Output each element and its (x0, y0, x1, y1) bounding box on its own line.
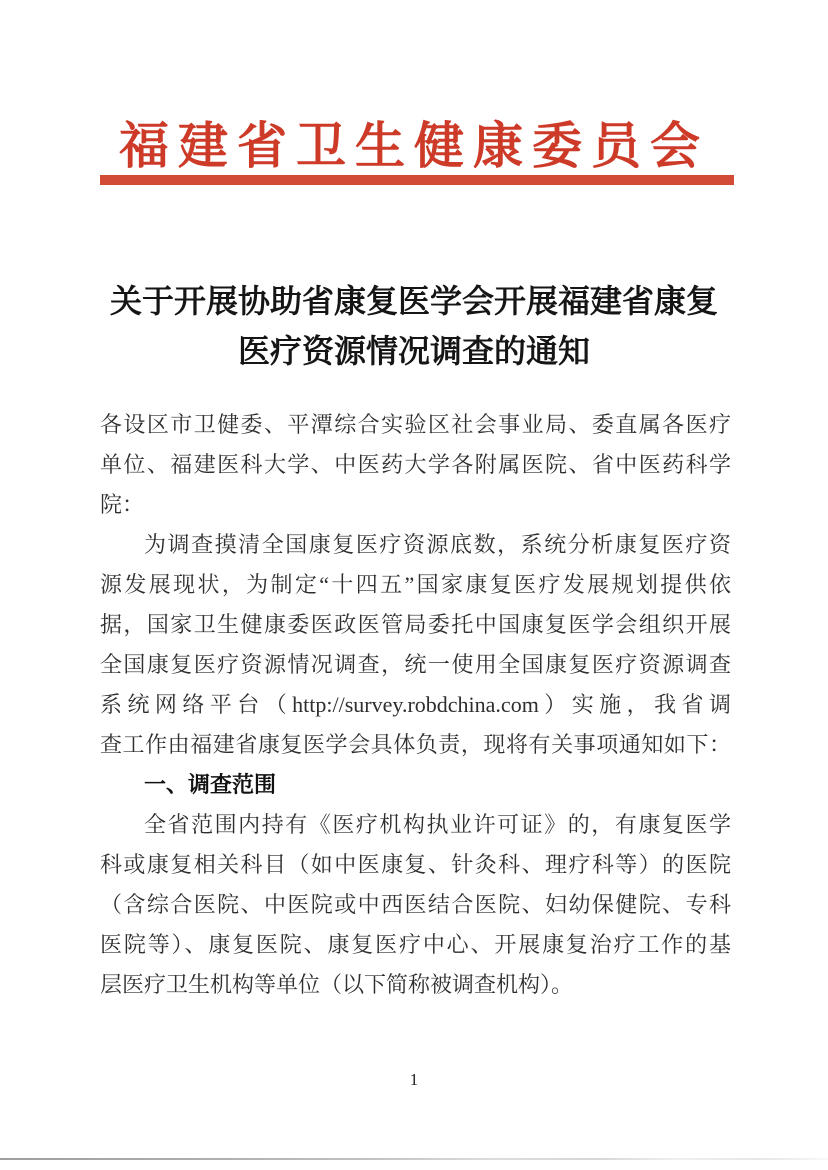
body-line: 院： (100, 485, 731, 525)
body-line: 全省范围内持有《医疗机构执业许可证》的，有康复医学 (100, 805, 731, 845)
page-number: 1 (0, 1070, 828, 1090)
scanned-document-page: 福建省卫生健康委员会 关于开展协助省康复医学会开展福建省康复 医疗资源情况调查的… (0, 0, 828, 1170)
notice-title-line-1: 关于开展协助省康复医学会开展福建省康复 (0, 276, 828, 326)
body-line: 各设区市卫健委、平潭综合实验区社会事业局、委直属各医疗 (100, 405, 731, 445)
notice-body: 各设区市卫健委、平潭综合实验区社会事业局、委直属各医疗 单位、福建医科大学、中医… (100, 405, 731, 1005)
notice-title-line-2: 医疗资源情况调查的通知 (0, 326, 828, 376)
body-line: （含综合医院、中医院或中西医结合医院、妇幼保健院、专科 (100, 885, 731, 925)
section-heading-survey-scope: 一、调查范围 (100, 765, 731, 805)
body-line: 系统网络平台（http://survey.robdchina.com）实施，我省… (100, 685, 731, 725)
scan-edge-artifact (0, 1158, 828, 1160)
body-line: 全国康复医疗资源情况调查，统一使用全国康复医疗资源调查 (100, 645, 731, 685)
body-line: 查工作由福建省康复医学会具体负责，现将有关事项通知如下： (100, 725, 731, 765)
body-line: 科或康复相关科目（如中医康复、针灸科、理疗科等）的医院 (100, 845, 731, 885)
notice-title: 关于开展协助省康复医学会开展福建省康复 医疗资源情况调查的通知 (0, 276, 828, 376)
body-line: 为调查摸清全国康复医疗资源底数，系统分析康复医疗资 (100, 525, 731, 565)
body-line: 单位、福建医科大学、中医药大学各附属医院、省中医药科学 (100, 445, 731, 485)
body-line: 源发展现状，为制定“十四五”国家康复医疗发展规划提供依 (100, 565, 731, 605)
body-line: 据，国家卫生健康委医政医管局委托中国康复医学会组织开展 (100, 605, 731, 645)
body-line: 医院等）、康复医院、康复医疗中心、开展康复治疗工作的基 (100, 925, 731, 965)
body-line: 层医疗卫生机构等单位（以下简称被调查机构）。 (100, 965, 731, 1005)
letterhead-org-name: 福建省卫生健康委员会 (0, 106, 828, 178)
letterhead-red-rule (100, 175, 734, 185)
